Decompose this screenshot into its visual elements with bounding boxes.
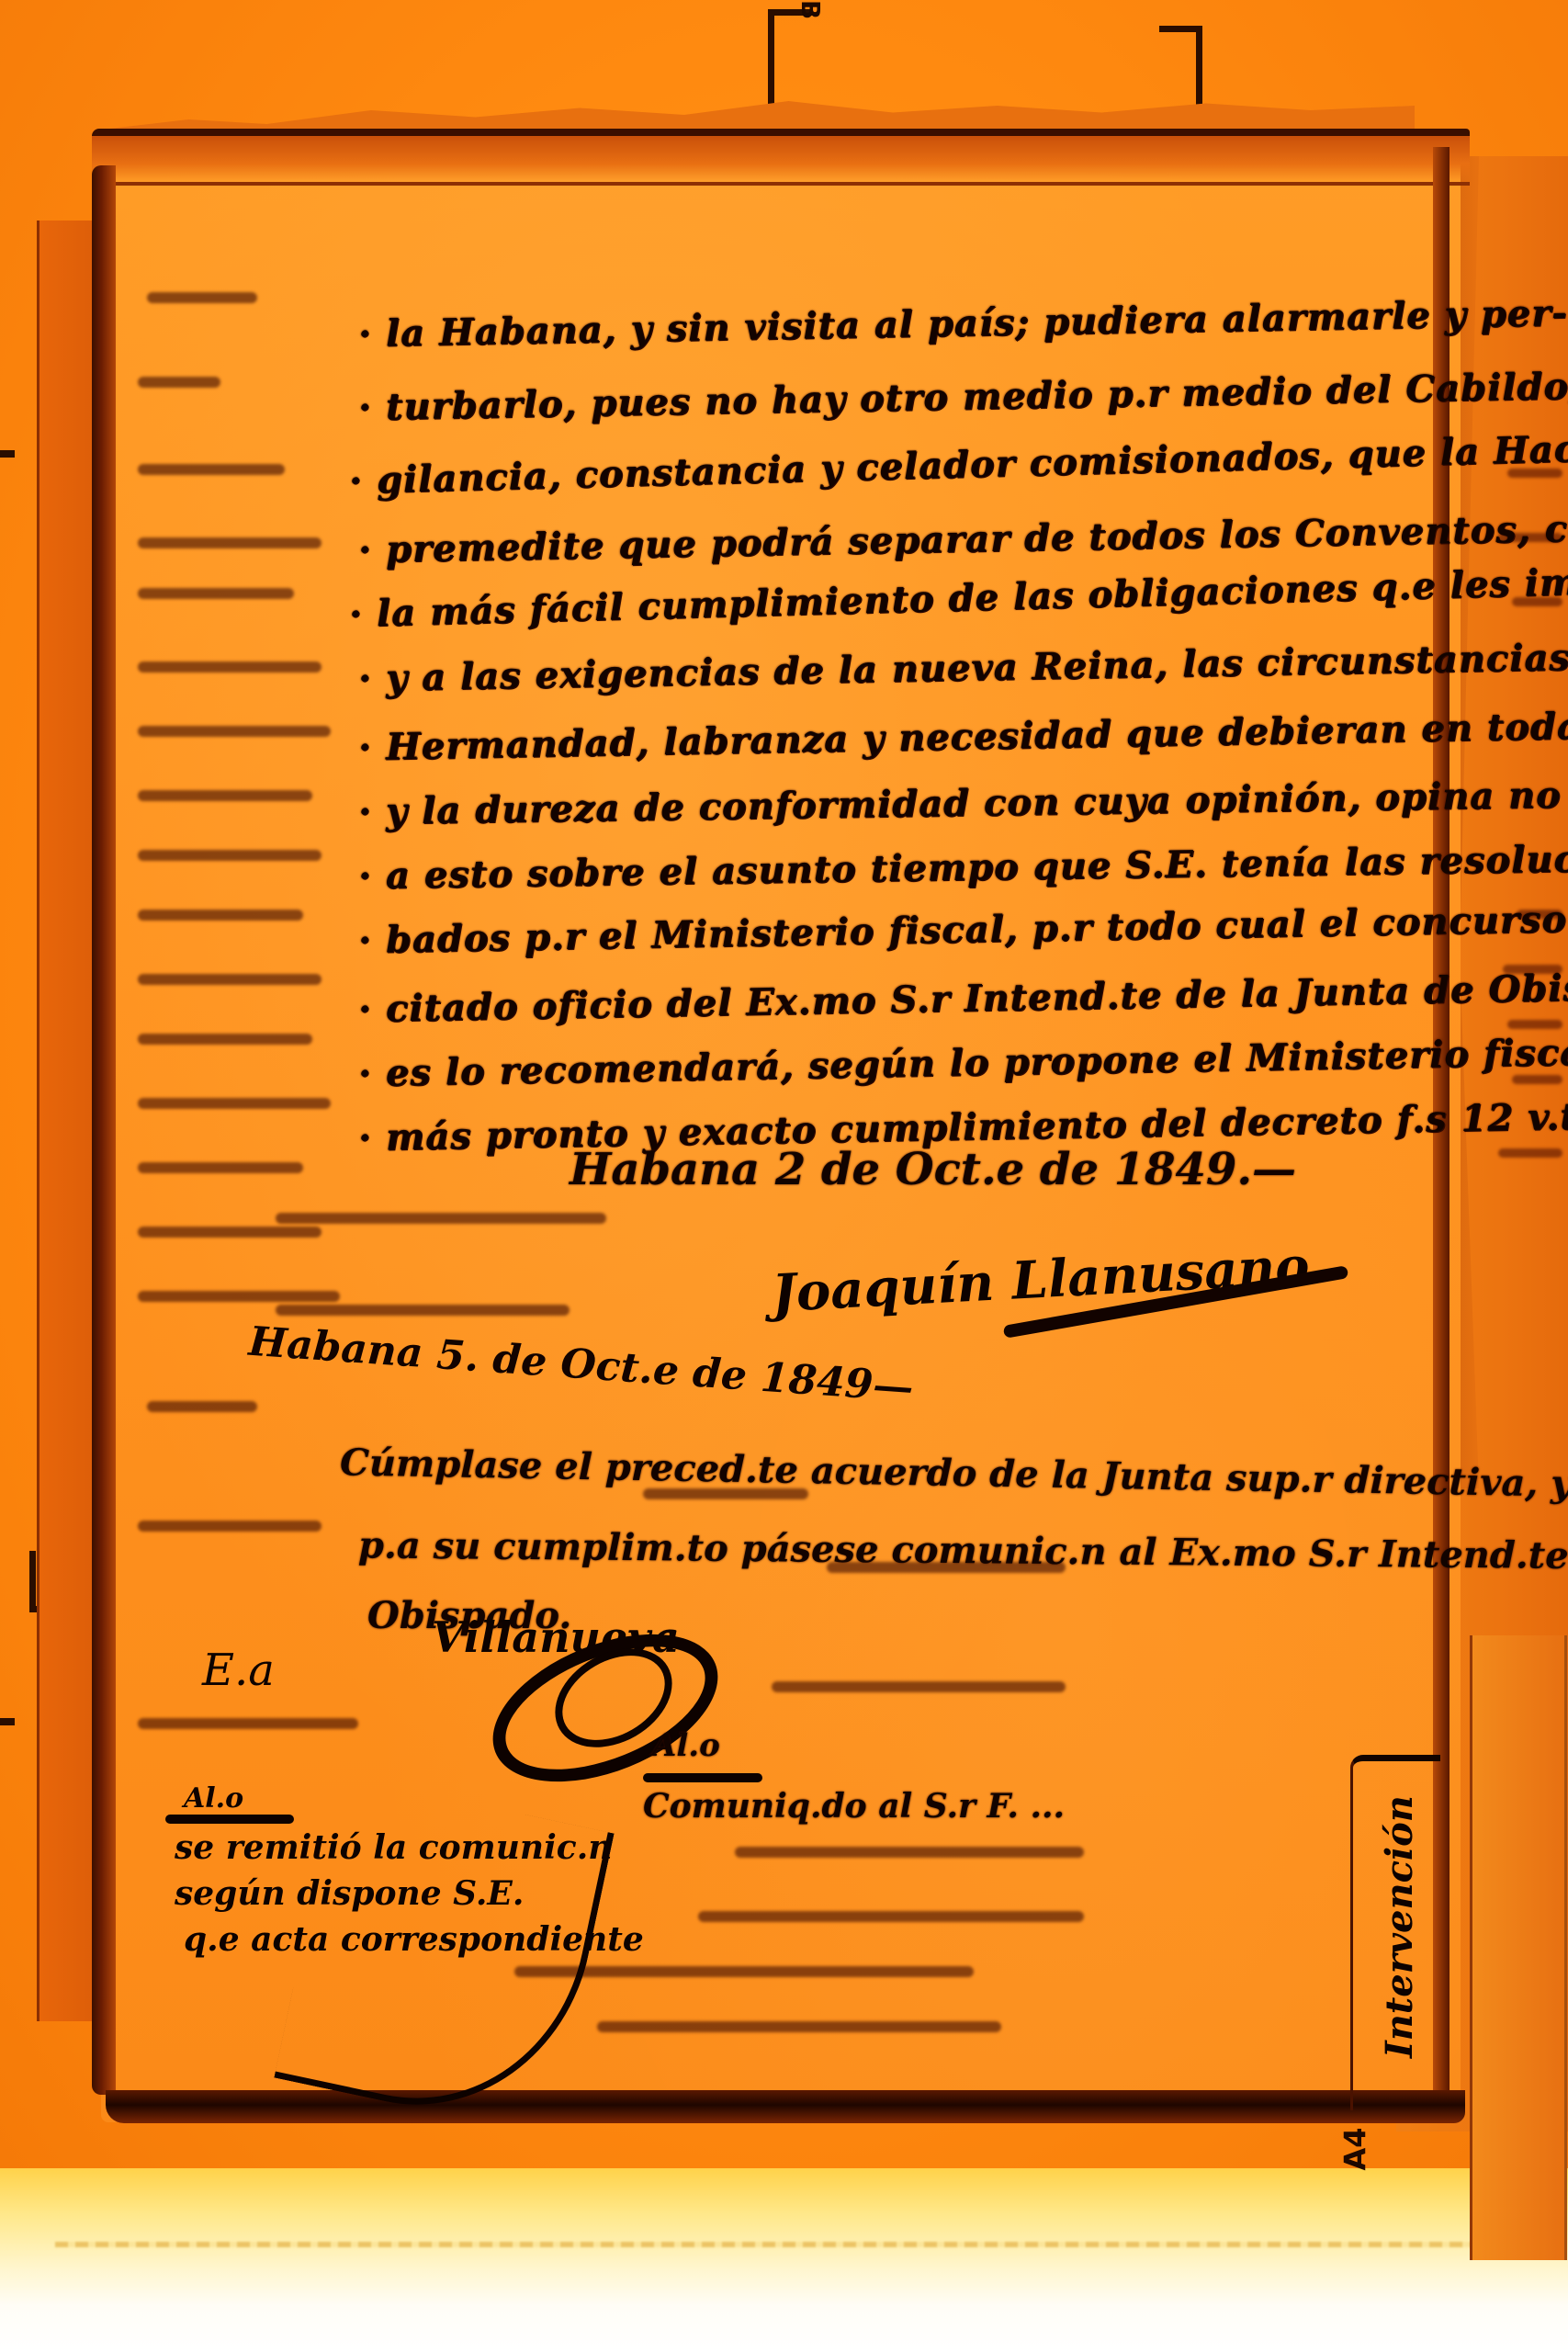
bleed-through-text xyxy=(138,377,220,388)
frame-label-bottom-right: A4 xyxy=(1338,2127,1373,2170)
bleed-through-text xyxy=(147,292,257,303)
bleed-through-text xyxy=(138,1098,331,1109)
frame-corner-marker-top-left xyxy=(768,9,813,107)
mid-signature: Al.o xyxy=(652,1727,720,1764)
film-leader-strip xyxy=(0,2168,1568,2352)
margin-note-line: Al.o xyxy=(184,1782,243,1815)
bleed-through-text xyxy=(735,1847,1084,1858)
side-margin-note: Intervención xyxy=(1378,1795,1421,2058)
bleed-through-text xyxy=(138,1718,358,1729)
closing-date: Habana 2 de Oct.e de 1849.— xyxy=(570,1144,1296,1195)
bleed-through-text xyxy=(698,1911,1084,1922)
bleed-through-text xyxy=(597,2021,1001,2032)
signature-underline xyxy=(643,1773,762,1782)
bleed-through-text xyxy=(276,1305,570,1316)
bleed-through-text xyxy=(772,1681,1066,1692)
bleed-through-text xyxy=(138,464,285,475)
bleed-through-text xyxy=(138,1162,303,1173)
bleed-through-text xyxy=(147,1401,257,1412)
bleed-through-text xyxy=(138,1034,312,1045)
bleed-through-text xyxy=(138,1227,321,1238)
page-left-edge xyxy=(92,165,116,2095)
bleed-through-text xyxy=(138,790,312,801)
bleed-through-text xyxy=(1512,1075,1562,1084)
communicated-note: Comuniq.do al S.r F. ... xyxy=(643,1787,1065,1826)
bleed-through-text xyxy=(138,1291,340,1302)
bleed-through-text xyxy=(138,1521,321,1532)
bleed-through-text xyxy=(138,588,294,599)
bleed-through-text xyxy=(138,850,321,861)
frame-tick-left xyxy=(0,1718,15,1725)
note-underline xyxy=(165,1815,294,1824)
bleed-through-text xyxy=(276,1213,606,1224)
page-top-edge xyxy=(92,129,1470,186)
film-edge-noise xyxy=(55,2242,1562,2247)
bleed-through-text xyxy=(1507,1020,1562,1029)
paper-strip xyxy=(1470,1635,1567,2260)
bleed-through-text xyxy=(138,726,331,737)
bleed-through-text xyxy=(138,974,321,985)
bleed-through-text xyxy=(138,537,321,548)
bleed-through-text xyxy=(138,661,321,673)
flourish-initials: E.a xyxy=(202,1645,275,1696)
page-bottom-edge xyxy=(106,2090,1465,2123)
frame-label-top: B xyxy=(795,0,826,19)
bleed-through-text xyxy=(138,910,303,921)
bleed-through-text xyxy=(1498,1148,1562,1158)
frame-tick-left xyxy=(0,450,15,458)
